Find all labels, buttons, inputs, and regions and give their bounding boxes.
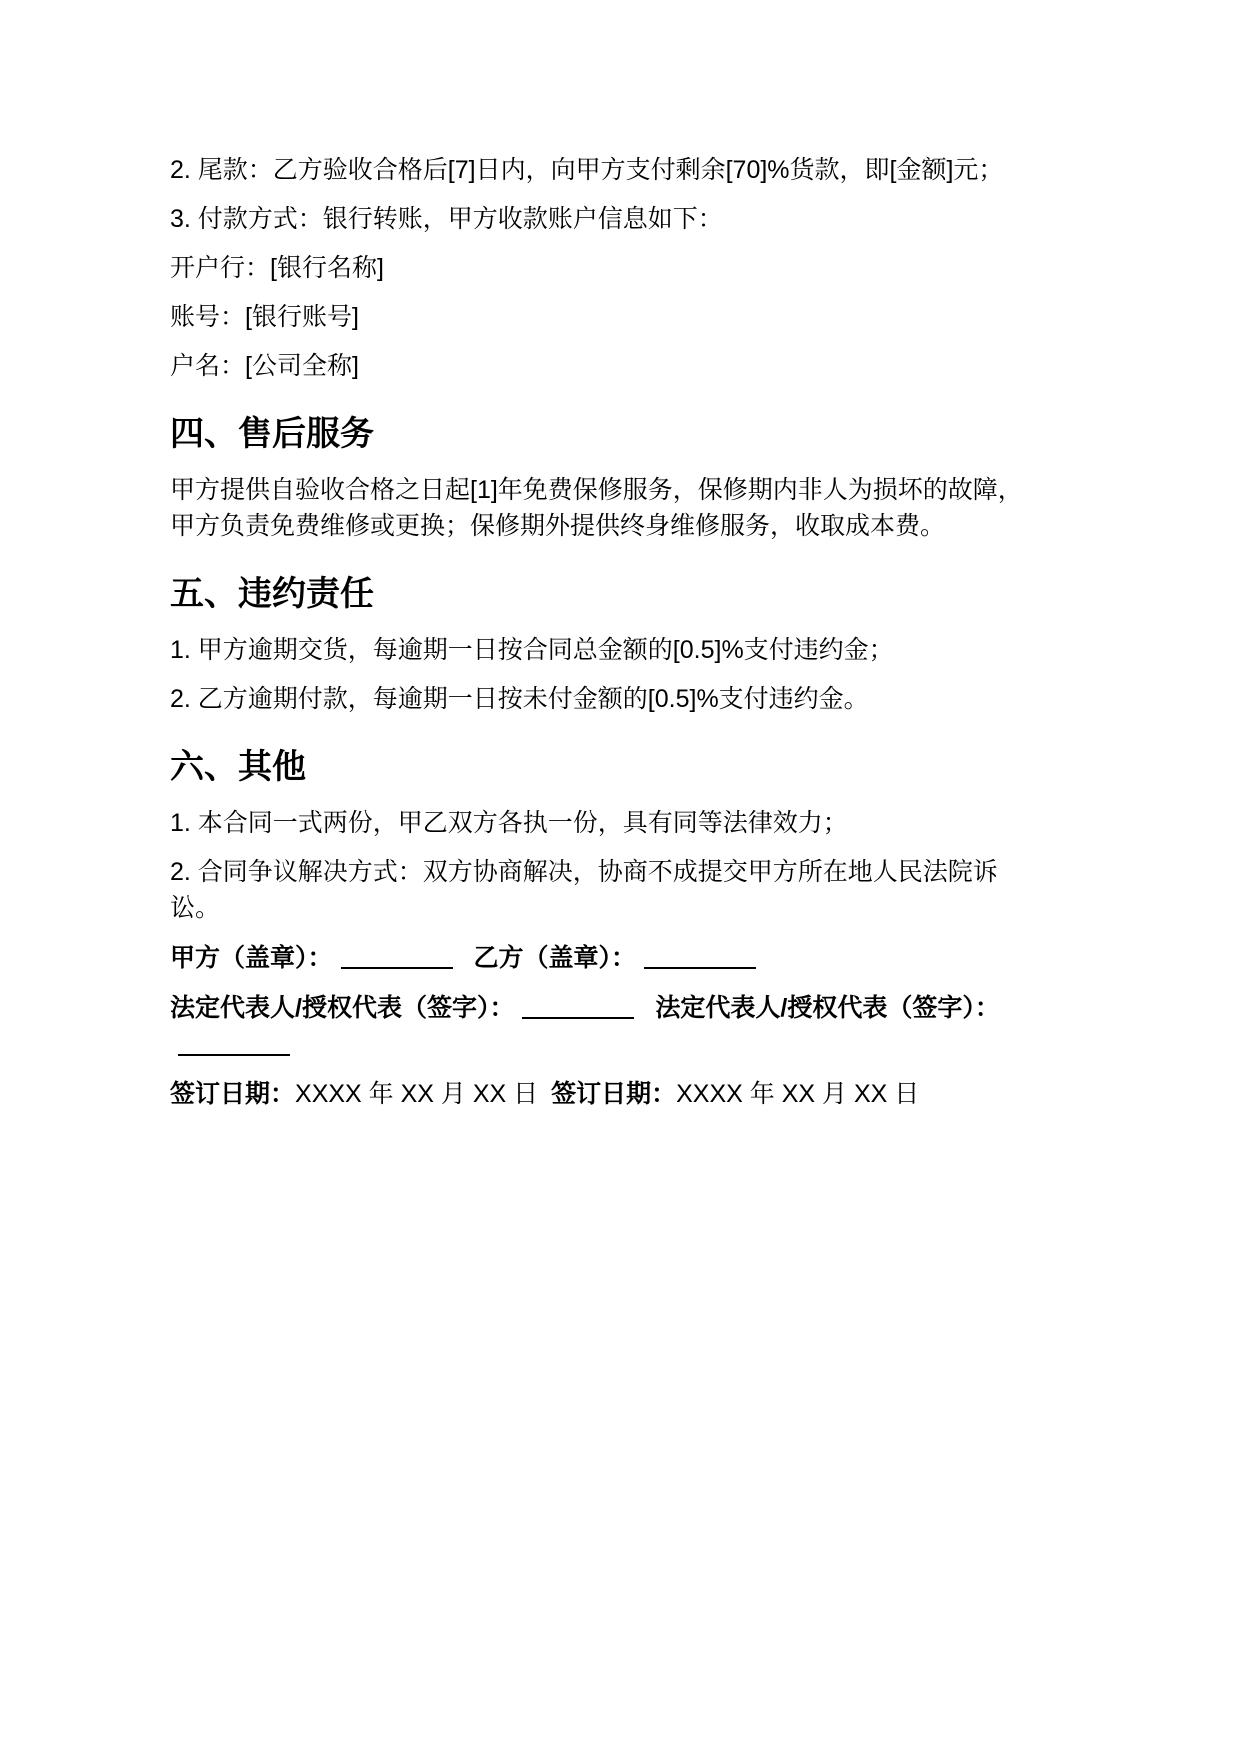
date-value-b: XXXX 年 XX 月 XX 日: [676, 1080, 919, 1108]
payment-item-balance: 2. 尾款：乙方验收合格后[7]日内，向甲方支付剩余[70]%货款，即[金额]元…: [170, 152, 1030, 188]
date-label-b: 签订日期：: [551, 1080, 676, 1108]
account-holder-line: 户名：[公司全称]: [170, 348, 1030, 384]
party-a-rep-label: 法定代表人/授权代表（签字）：: [170, 994, 514, 1022]
party-a-rep-blank: [522, 992, 634, 1019]
party-b-rep-blank: [178, 1029, 290, 1056]
bank-name-line: 开户行：[银行名称]: [170, 250, 1030, 286]
party-b-rep-label: 法定代表人/授权代表（签字）：: [655, 994, 999, 1022]
section-heading-breach-liability: 五、违约责任: [170, 572, 1030, 616]
contract-body: 2. 尾款：乙方验收合格后[7]日内，向甲方支付剩余[70]%货款，即[金额]元…: [170, 152, 1030, 1125]
breach-item-2: 2. 乙方逾期付款，每逾期一日按未付金额的[0.5]%支付违约金。: [170, 681, 1030, 717]
date-label-a: 签订日期：: [170, 1080, 295, 1108]
party-b-stamp-blank: [644, 942, 756, 969]
party-a-stamp-label: 甲方（盖章）：: [170, 944, 333, 972]
others-item-1: 1. 本合同一式两份，甲乙双方各执一份，具有同等法律效力；: [170, 805, 1030, 841]
breach-item-1: 1. 甲方逾期交货，每逾期一日按合同总金额的[0.5]%支付违约金；: [170, 632, 1030, 668]
party-b-stamp-label: 乙方（盖章）：: [473, 944, 636, 972]
bank-account-line: 账号：[银行账号]: [170, 299, 1030, 335]
after-sales-paragraph: 甲方提供自验收合格之日起[1]年免费保修服务，保修期内非人为损坏的故障，甲方负责…: [170, 472, 1030, 544]
payment-item-method: 3. 付款方式：银行转账，甲方收款账户信息如下：: [170, 201, 1030, 237]
section-heading-after-sales: 四、售后服务: [170, 412, 1030, 456]
representative-sign-row: 法定代表人/授权代表（签字）： 法定代表人/授权代表（签字）：: [170, 989, 1030, 1063]
others-item-2: 2. 合同争议解决方式：双方协商解决，协商不成提交甲方所在地人民法院诉讼。: [170, 854, 1030, 926]
contract-page: 2. 尾款：乙方验收合格后[7]日内，向甲方支付剩余[70]%货款，即[金额]元…: [0, 0, 1241, 1755]
party-a-stamp-blank: [341, 942, 453, 969]
signing-date-row: 签订日期：XXXX 年 XX 月 XX 日 签订日期：XXXX 年 XX 月 X…: [170, 1076, 1030, 1112]
date-value-a: XXXX 年 XX 月 XX 日: [295, 1080, 538, 1108]
section-heading-others: 六、其他: [170, 745, 1030, 789]
stamp-row: 甲方（盖章）： 乙方（盖章）：: [170, 939, 1030, 976]
